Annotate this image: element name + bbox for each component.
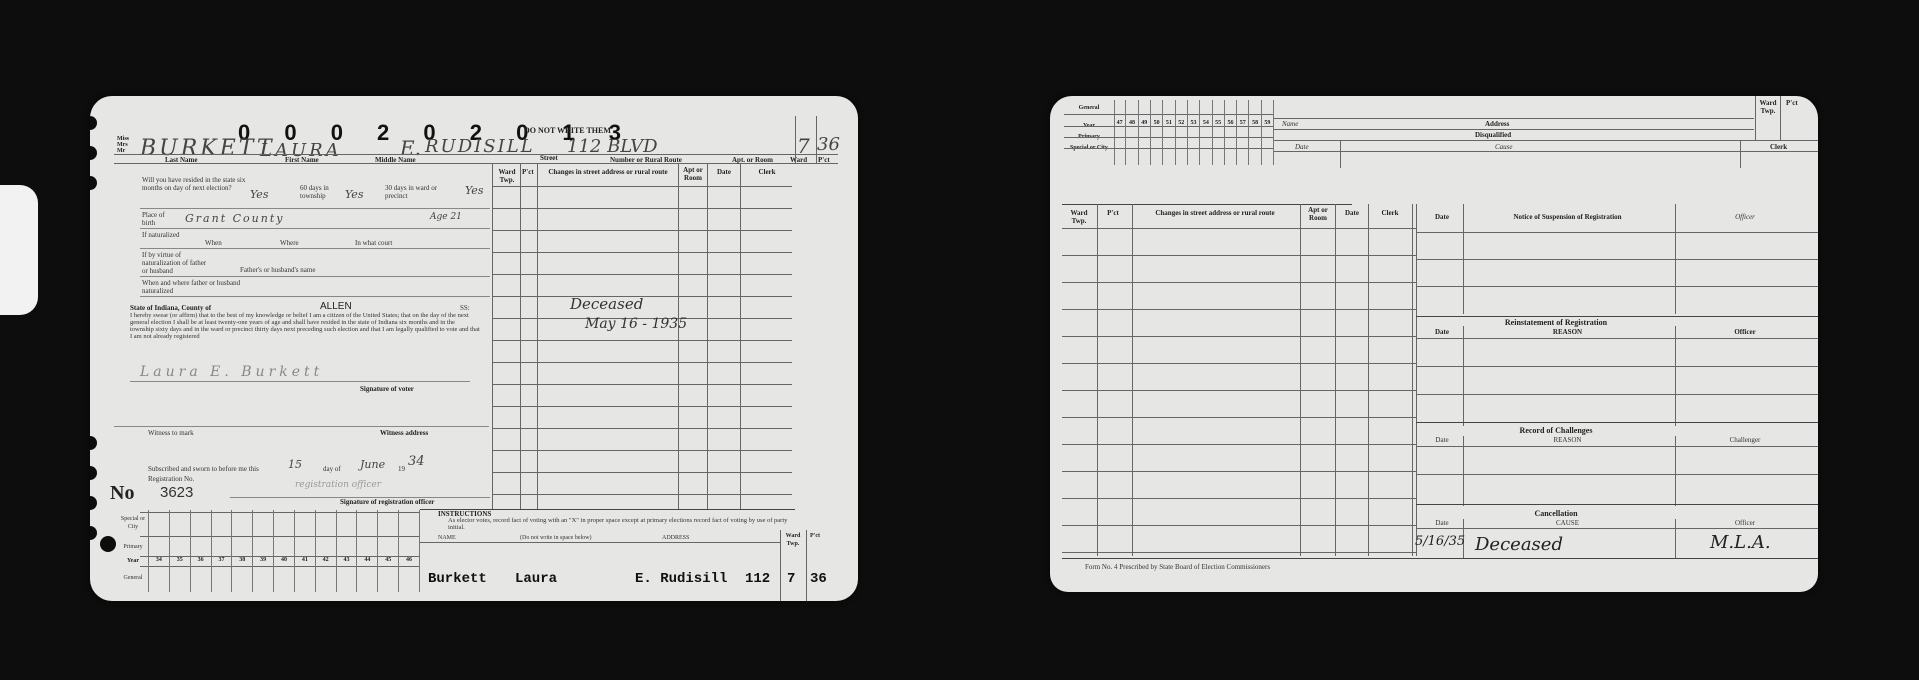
cancellation-date-label: Date: [1422, 519, 1462, 527]
edge-notch: [90, 146, 97, 160]
last-name-label: Last Name: [165, 156, 197, 164]
col-date: Date: [710, 168, 738, 176]
subscribed-label: Subscribed and sworn to before me this: [148, 465, 259, 473]
year-prefix: 19: [398, 465, 405, 473]
year-value: 34: [408, 454, 425, 469]
witness-address-label: Witness address: [380, 429, 428, 437]
registration-card-back: General Year Primary Special or City 47 …: [1050, 96, 1818, 592]
ward-label: Ward: [790, 156, 807, 164]
court-label: In what court: [355, 239, 392, 247]
deceased-date-note: May 16 - 1935: [585, 316, 687, 332]
reinstatement-date-label: Date: [1422, 328, 1462, 336]
back-col-ward: Ward Twp.: [1064, 209, 1094, 225]
typed-street: E. Rudisill: [635, 571, 727, 587]
day-of-label: day of: [323, 465, 341, 473]
back-col-clerk: Clerk: [1370, 209, 1410, 217]
township-answer: Yes: [345, 188, 363, 201]
suspension-officer-label: Officer: [1680, 213, 1810, 221]
col-ward: Ward Twp.: [495, 168, 519, 184]
do-not-write-notice: DO NOT WRITE THEM: [524, 127, 611, 135]
title-labels: MissMrsMr: [117, 136, 129, 154]
typed-ward: 7: [787, 571, 795, 587]
front-vote-grid: 34 35 36 37 38 39 40 41 42 43 44 45 46: [148, 510, 420, 592]
when-father-label: When and where father or husband natural…: [142, 279, 242, 295]
ward-col-label: Ward Twp.: [782, 532, 804, 548]
cancellation-officer-value: M.L.A.: [1710, 532, 1771, 553]
where-label: Where: [280, 239, 299, 247]
state-county-label: State of Indiana, County of: [130, 304, 211, 312]
county-value: ALLEN: [320, 301, 352, 312]
back-vote-grid-labels: General Year Primary Special or City: [1064, 100, 1115, 165]
ward-days-answer: Yes: [465, 184, 483, 197]
apt-label: Apt. or Room: [732, 156, 773, 164]
pct-col-label: P'ct: [810, 532, 820, 540]
edge-notch: [90, 496, 97, 510]
witness-mark-label: Witness to mark: [148, 429, 194, 437]
col-clerk: Clerk: [742, 168, 792, 176]
challenges-challenger-label: Challenger: [1680, 436, 1810, 444]
back-name-label: Name: [1282, 120, 1298, 128]
back-col-changes: Changes in street address or rural route: [1135, 209, 1295, 217]
edge-notch: [90, 116, 97, 130]
cancellation-cause-value: Deceased: [1475, 534, 1563, 555]
pct-label: P'ct: [818, 156, 830, 164]
middle-name-label: Middle Name: [375, 156, 416, 164]
suspension-title: Notice of Suspension of Registration: [1465, 213, 1670, 221]
deceased-note: Deceased: [570, 295, 643, 313]
reinstatement-reason-label: REASON: [1465, 328, 1670, 336]
typed-pct: 36: [810, 571, 827, 587]
edge-notch: [90, 526, 97, 540]
edge-notch: [90, 436, 97, 450]
col-changes: Changes in street address or rural route: [540, 168, 676, 176]
name-col-label: NAME: [438, 534, 456, 542]
typed-last-name: Burkett: [428, 571, 487, 587]
back-vote-grid: 47 48 49 50 51 52 53 54 55 56 57 58 59: [1114, 100, 1274, 165]
card-edge-tab: [0, 185, 38, 315]
disq-date-label: Date: [1295, 143, 1309, 151]
back-col-date: Date: [1337, 209, 1367, 217]
no-write-label: (Do not write in space below): [520, 534, 591, 542]
birth-label: Place of birth: [142, 211, 172, 227]
signature-label: Signature of voter: [360, 385, 414, 393]
naturalized-label: If naturalized: [142, 231, 182, 239]
back-ward-label: Ward Twp.: [1757, 99, 1779, 115]
back-col-apt: Apt or Room: [1303, 206, 1333, 222]
suspension-date-label: Date: [1422, 213, 1462, 221]
row-year: Year: [118, 557, 148, 565]
cancellation-officer-label: Officer: [1680, 519, 1810, 527]
cancellation-cause-label: CAUSE: [1465, 519, 1670, 527]
officer-signature: registration officer: [295, 480, 381, 490]
township-question: 60 days in township: [300, 184, 350, 200]
cancellation-title: Cancellation: [1416, 509, 1696, 518]
challenges-date-label: Date: [1422, 436, 1462, 444]
number-label: Number or Rural Route: [610, 156, 682, 164]
back-pct-label: P'ct: [1786, 99, 1798, 107]
edge-notch: [90, 466, 97, 480]
reinstatement-title: Reinstatement of Registration: [1416, 318, 1696, 327]
pct-value: 36: [817, 134, 840, 155]
row-special: Special or City: [118, 515, 148, 531]
virtue-label: If by virtue of naturalization of father…: [142, 251, 212, 275]
address-col-label: ADDRESS: [662, 534, 689, 542]
father-name-label: Father's or husband's name: [240, 266, 315, 274]
row-primary: Primary: [118, 543, 148, 551]
voter-signature: Laura E. Burkett: [140, 364, 323, 380]
disq-clerk-label: Clerk: [1770, 143, 1787, 151]
instructions-text: As elector votes, record fact of voting …: [448, 517, 788, 531]
back-address-label: Address: [1485, 120, 1509, 128]
typed-first-name: Laura: [515, 571, 557, 587]
registration-card-front: 0 0 0 2 0 2 0 1 3 DO NOT WRITE THEM Miss…: [90, 96, 858, 601]
cancellation-date-value: 5/16/35: [1415, 534, 1465, 549]
challenges-title: Record of Challenges: [1416, 426, 1696, 435]
punch-hole: [100, 536, 116, 552]
registration-no-label: Registration No.: [148, 475, 194, 483]
disqualified-label: Disqualified: [1475, 131, 1511, 139]
first-name-label: First Name: [285, 156, 319, 164]
challenges-reason-label: REASON: [1465, 436, 1670, 444]
ss-label: SS:: [460, 304, 470, 312]
month-value: June: [360, 458, 385, 471]
row-general: General: [118, 574, 148, 582]
ward-days-question: 30 days in ward or precinct: [385, 184, 445, 200]
typed-number: 112: [745, 571, 770, 587]
registration-number: 3623: [160, 484, 193, 501]
edge-notch: [90, 176, 97, 190]
form-note: Form No. 4 Prescribed by State Board of …: [1085, 563, 1270, 571]
oath-text: I hereby swear (or affirm) that to the b…: [130, 312, 480, 340]
birth-value: Grant County: [185, 212, 284, 225]
residence-answer: Yes: [250, 188, 268, 201]
disq-cause-label: Cause: [1495, 143, 1513, 151]
number-label: No: [110, 482, 134, 505]
col-apt: Apt or Room: [680, 166, 706, 182]
reinstatement-officer-label: Officer: [1680, 328, 1810, 336]
col-pct: P'ct: [522, 168, 534, 176]
day-value: 15: [288, 458, 302, 471]
age-value: Age 21: [430, 212, 462, 222]
residence-question: Will you have resided in the state six m…: [142, 176, 252, 192]
back-col-pct: P'ct: [1098, 209, 1128, 217]
when-label: When: [205, 239, 222, 247]
last-name-value: BURKETT: [140, 136, 275, 161]
street-label: Street: [540, 154, 558, 162]
officer-signature-label: Signature of registration officer: [340, 498, 434, 506]
